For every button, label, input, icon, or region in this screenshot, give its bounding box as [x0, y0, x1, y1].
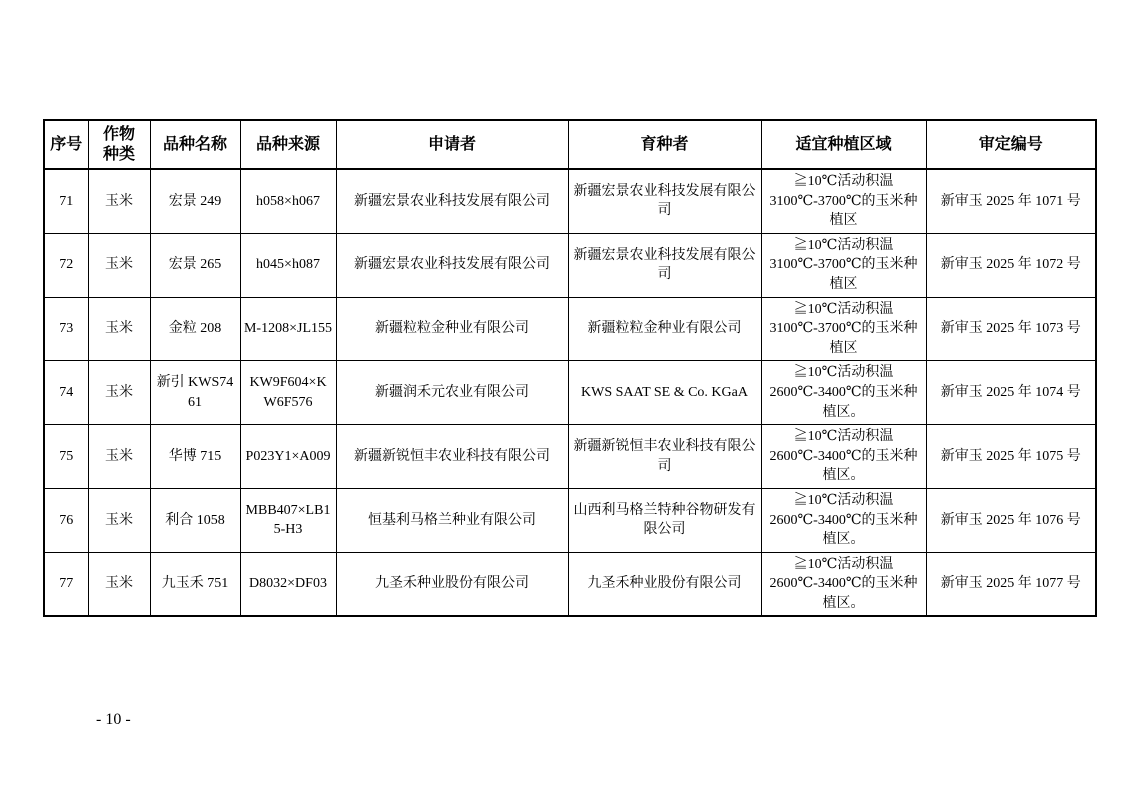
cell-cert: 新审玉 2025 年 1075 号	[926, 425, 1096, 489]
cell-name: 新引 KWS7461	[150, 361, 240, 425]
table-header: 序号 作物 种类 品种名称 品种来源 申请者 育种者 适宜种植区域 审定编号	[44, 120, 1096, 169]
col-header-region: 适宜种植区域	[761, 120, 926, 169]
cell-cert: 新审玉 2025 年 1071 号	[926, 169, 1096, 233]
table-row: 76玉米利合 1058MBB407×LB15-H3恒基利马格兰种业有限公司山西利…	[44, 488, 1096, 552]
cell-applicant: 新疆新锐恒丰农业科技有限公司	[336, 425, 568, 489]
page-number: - 10 -	[96, 711, 131, 729]
col-header-applicant: 申请者	[336, 120, 568, 169]
table-row: 77玉米九玉禾 751D8032×DF03九圣禾种业股份有限公司九圣禾种业股份有…	[44, 552, 1096, 616]
col-header-source: 品种来源	[240, 120, 336, 169]
cell-region: ≧10℃活动积温 2600℃-3400℃的玉米种植区。	[761, 425, 926, 489]
cell-region: ≧10℃活动积温 3100℃-3700℃的玉米种植区	[761, 297, 926, 361]
cell-applicant: 新疆宏景农业科技发展有限公司	[336, 233, 568, 297]
cell-region: ≧10℃活动积温 2600℃-3400℃的玉米种植区。	[761, 488, 926, 552]
cell-name: 金粒 208	[150, 297, 240, 361]
col-header-name: 品种名称	[150, 120, 240, 169]
table-row: 74玉米新引 KWS7461KW9F604×KW6F576新疆润禾元农业有限公司…	[44, 361, 1096, 425]
cell-name: 宏景 249	[150, 169, 240, 233]
cell-seq: 73	[44, 297, 88, 361]
col-header-seq: 序号	[44, 120, 88, 169]
cell-crop: 玉米	[88, 297, 150, 361]
cell-cert: 新审玉 2025 年 1072 号	[926, 233, 1096, 297]
header-row: 序号 作物 种类 品种名称 品种来源 申请者 育种者 适宜种植区域 审定编号	[44, 120, 1096, 169]
table-row: 73玉米金粒 208M-1208×JL155新疆粒粒金种业有限公司新疆粒粒金种业…	[44, 297, 1096, 361]
cell-source: P023Y1×A009	[240, 425, 336, 489]
cell-applicant: 新疆粒粒金种业有限公司	[336, 297, 568, 361]
cell-crop: 玉米	[88, 488, 150, 552]
cell-seq: 72	[44, 233, 88, 297]
table-body: 71玉米宏景 249h058×h067新疆宏景农业科技发展有限公司新疆宏景农业科…	[44, 169, 1096, 616]
variety-approval-table: 序号 作物 种类 品种名称 品种来源 申请者 育种者 适宜种植区域 审定编号 7…	[43, 119, 1097, 617]
cell-applicant: 恒基利马格兰种业有限公司	[336, 488, 568, 552]
col-header-breeder: 育种者	[568, 120, 761, 169]
cell-breeder: 九圣禾种业股份有限公司	[568, 552, 761, 616]
cell-crop: 玉米	[88, 233, 150, 297]
cell-seq: 74	[44, 361, 88, 425]
cell-region: ≧10℃活动积温 3100℃-3700℃的玉米种植区	[761, 233, 926, 297]
cell-name: 九玉禾 751	[150, 552, 240, 616]
table-row: 71玉米宏景 249h058×h067新疆宏景农业科技发展有限公司新疆宏景农业科…	[44, 169, 1096, 233]
col-header-cert: 审定编号	[926, 120, 1096, 169]
cell-seq: 77	[44, 552, 88, 616]
cell-seq: 76	[44, 488, 88, 552]
cell-source: MBB407×LB15-H3	[240, 488, 336, 552]
cell-name: 华博 715	[150, 425, 240, 489]
cell-seq: 75	[44, 425, 88, 489]
cell-breeder: 新疆宏景农业科技发展有限公司	[568, 233, 761, 297]
cell-breeder: 新疆新锐恒丰农业科技有限公司	[568, 425, 761, 489]
cell-breeder: KWS SAAT SE & Co. KGaA	[568, 361, 761, 425]
cell-source: h058×h067	[240, 169, 336, 233]
cell-region: ≧10℃活动积温 3100℃-3700℃的玉米种植区	[761, 169, 926, 233]
cell-breeder: 山西利马格兰特种谷物研发有限公司	[568, 488, 761, 552]
cell-cert: 新审玉 2025 年 1077 号	[926, 552, 1096, 616]
cell-breeder: 新疆宏景农业科技发展有限公司	[568, 169, 761, 233]
cell-crop: 玉米	[88, 361, 150, 425]
cell-crop: 玉米	[88, 552, 150, 616]
cell-applicant: 新疆宏景农业科技发展有限公司	[336, 169, 568, 233]
cell-applicant: 九圣禾种业股份有限公司	[336, 552, 568, 616]
cell-breeder: 新疆粒粒金种业有限公司	[568, 297, 761, 361]
cell-cert: 新审玉 2025 年 1076 号	[926, 488, 1096, 552]
cell-name: 利合 1058	[150, 488, 240, 552]
table-row: 75玉米华博 715P023Y1×A009新疆新锐恒丰农业科技有限公司新疆新锐恒…	[44, 425, 1096, 489]
table-row: 72玉米宏景 265h045×h087新疆宏景农业科技发展有限公司新疆宏景农业科…	[44, 233, 1096, 297]
cell-cert: 新审玉 2025 年 1073 号	[926, 297, 1096, 361]
cell-source: KW9F604×KW6F576	[240, 361, 336, 425]
cell-source: h045×h087	[240, 233, 336, 297]
cell-name: 宏景 265	[150, 233, 240, 297]
cell-crop: 玉米	[88, 425, 150, 489]
col-header-crop: 作物 种类	[88, 120, 150, 169]
document-page: 序号 作物 种类 品种名称 品种来源 申请者 育种者 适宜种植区域 审定编号 7…	[0, 0, 1122, 793]
cell-crop: 玉米	[88, 169, 150, 233]
cell-source: M-1208×JL155	[240, 297, 336, 361]
cell-seq: 71	[44, 169, 88, 233]
cell-region: ≧10℃活动积温 2600℃-3400℃的玉米种植区。	[761, 552, 926, 616]
cell-cert: 新审玉 2025 年 1074 号	[926, 361, 1096, 425]
cell-applicant: 新疆润禾元农业有限公司	[336, 361, 568, 425]
cell-source: D8032×DF03	[240, 552, 336, 616]
cell-region: ≧10℃活动积温 2600℃-3400℃的玉米种植区。	[761, 361, 926, 425]
